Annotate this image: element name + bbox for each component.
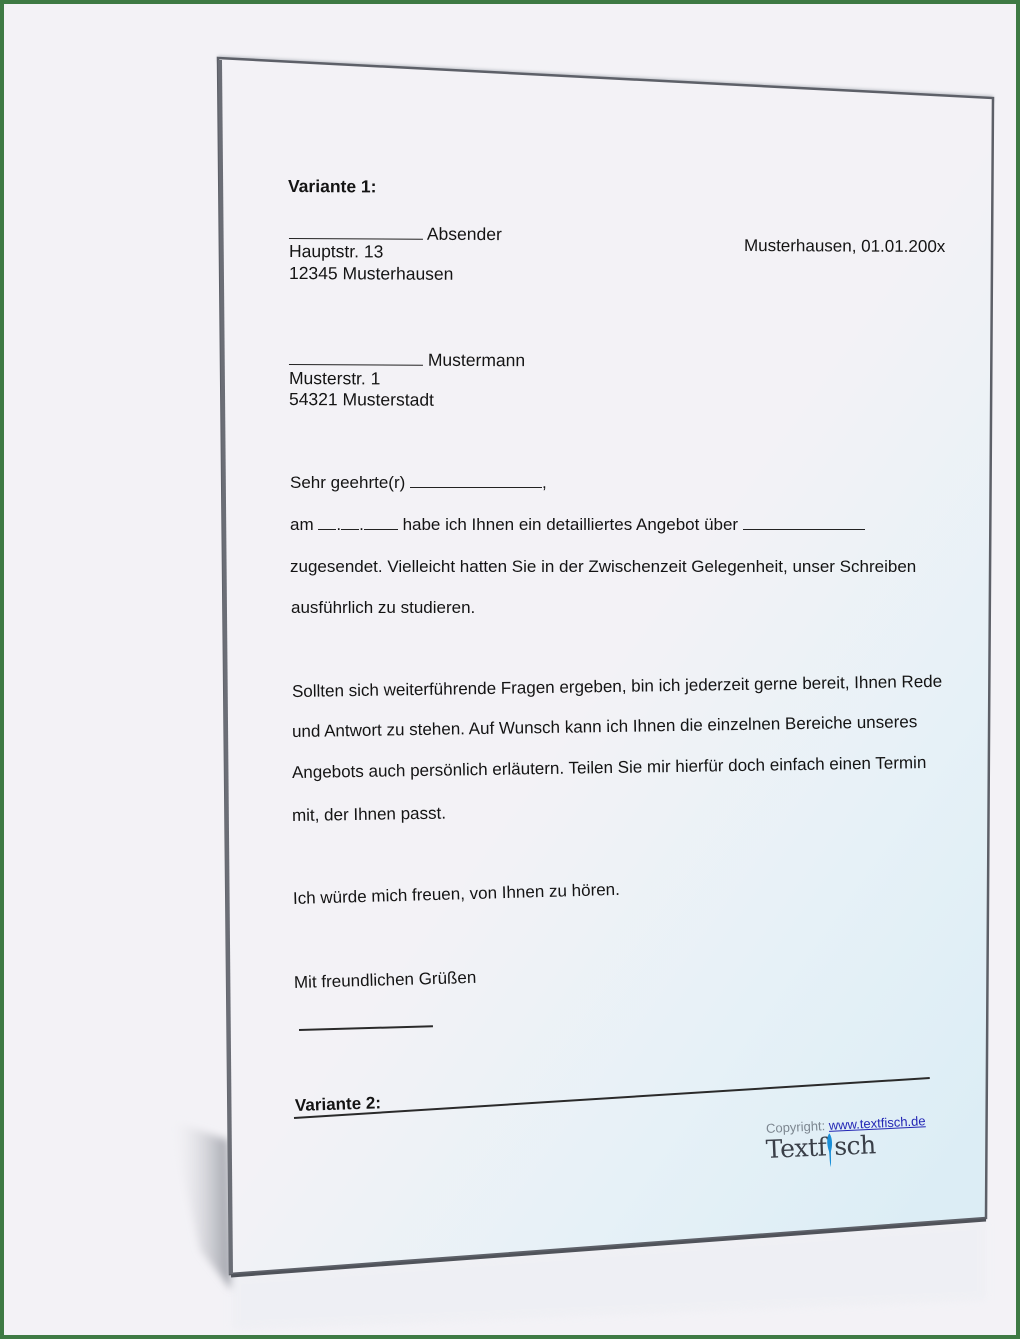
- logo-text-start: Textf: [765, 1132, 827, 1164]
- sender-label: Absender: [427, 224, 502, 244]
- variant1-heading: Variante 1:: [288, 176, 377, 196]
- date-year-blank: [364, 515, 398, 530]
- body-p1-line3: ausführlich zu studieren.: [291, 598, 475, 618]
- sender-name-blank: [289, 224, 423, 240]
- date-day-blank: [318, 515, 336, 530]
- salutation-name-blank: [410, 473, 542, 488]
- recipient-city: 54321 Musterstadt: [289, 389, 434, 410]
- logo-text-end: sch: [834, 1130, 877, 1161]
- sender-street: Hauptstr. 13: [289, 241, 383, 261]
- body-p1-line1: am .. habe ich Ihnen ein detailliertes A…: [290, 515, 865, 535]
- body-p1-line2: zugesendet. Vielleicht hatten Sie in der…: [290, 557, 916, 577]
- date-month-blank: [341, 515, 359, 530]
- salutation: Sehr geehrte(r) ,: [290, 473, 547, 493]
- salutation-comma: ,: [542, 473, 547, 492]
- place-date: Musterhausen, 01.01.200x: [744, 236, 945, 257]
- body-p2-line4: mit, der Ihnen passt.: [292, 804, 446, 826]
- salutation-prefix: Sehr geehrte(r): [290, 473, 405, 492]
- sender-city: 12345 Musterhausen: [289, 263, 454, 284]
- offer-subject-blank: [743, 515, 865, 530]
- recipient-name-blank: [289, 350, 423, 366]
- date-prefix: am: [290, 515, 314, 534]
- recipient-label: Mustermann: [428, 350, 525, 371]
- textfisch-logo: Textfsch: [765, 1130, 876, 1170]
- recipient-name-line: Mustermann: [289, 349, 525, 370]
- offer-text: habe ich Ihnen ein detailliertes Angebot…: [403, 515, 739, 534]
- recipient-street: Musterstr. 1: [289, 368, 381, 388]
